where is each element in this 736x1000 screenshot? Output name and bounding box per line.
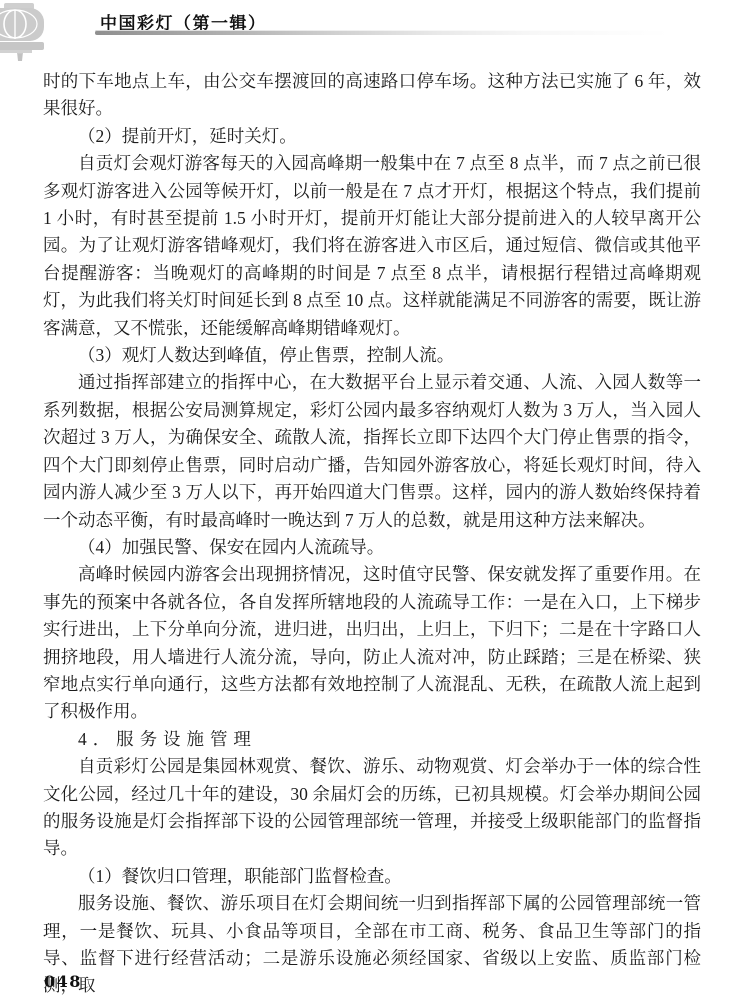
page-number: 048 bbox=[44, 972, 82, 991]
paragraph: （1）餐饮归口管理，职能部门监督检查。 bbox=[43, 863, 701, 890]
paragraph: 时的下车地点上车，由公交车摆渡回的高速路口停车场。这种方法已实施了 6 年，效果… bbox=[43, 68, 701, 123]
page-header: 中国彩灯（第一辑） bbox=[0, 0, 736, 62]
paragraph: 服务设施、餐饮、游乐项目在灯会期间统一归到指挥部下属的公园管理部统一管理，一是餐… bbox=[43, 890, 701, 1000]
paragraph: 通过指挥部建立的指挥中心，在大数据平台上显示着交通、人流、入园人数等一系列数据，… bbox=[43, 369, 701, 533]
paragraph: 自贡彩灯公园是集园林观赏、餐饮、游乐、动物观赏、灯会举办于一体的综合性文化公园，… bbox=[43, 753, 701, 863]
paragraph: 自贡灯会观灯游客每天的入园高峰期一般集中在 7 点至 8 点半，而 7 点之前已… bbox=[43, 150, 701, 342]
paragraph: （4）加强民警、保安在园内人流疏导。 bbox=[43, 534, 701, 561]
text-column: 时的下车地点上车，由公交车摆渡回的高速路口停车场。这种方法已实施了 6 年，效果… bbox=[43, 68, 701, 1000]
paragraph: （3）观灯人数达到峰值，停止售票，控制人流。 bbox=[43, 342, 701, 369]
section-heading: 4．服务设施管理 bbox=[43, 726, 701, 753]
paragraph: （2）提前开灯，延时关灯。 bbox=[43, 123, 701, 150]
lantern-icon bbox=[0, 3, 58, 61]
header-divider-bar bbox=[95, 30, 720, 35]
paragraph: 高峰时候园内游客会出现拥挤情况，这时值守民警、保安就发挥了重要作用。在事先的预案… bbox=[43, 561, 701, 725]
